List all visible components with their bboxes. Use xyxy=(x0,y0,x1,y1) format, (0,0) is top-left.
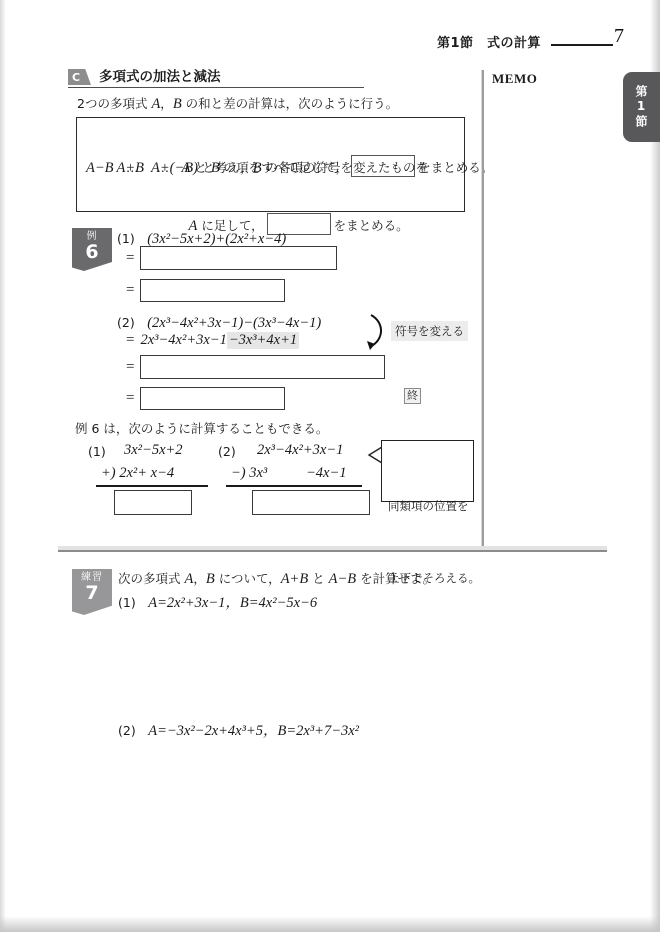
rule-line-diff: A−B … A+(−B) と考え，B の各項の符号を変えたものを xyxy=(86,152,455,181)
rule-line-sum: A+B … A と B の項をすべて足して，をまとめる。 xyxy=(86,123,455,152)
example-step-row: = xyxy=(126,279,285,302)
memo-label: MEMO xyxy=(492,71,537,87)
equals-sign: = xyxy=(126,282,134,299)
example-step-row: = xyxy=(126,246,337,270)
practice-badge-number: 7 xyxy=(72,584,112,602)
subsection-badge-letter: C xyxy=(72,71,80,84)
example-expanded-step: = 2x³−4x²+3x−1 −3x³+4x+1 xyxy=(126,332,299,349)
subsection-title: 多項式の加法と減法 xyxy=(99,65,221,85)
intro-text: 2つの多項式 A，B の和と差の計算は，次のように行う。 xyxy=(77,92,398,115)
practice-instruction: 次の多項式 A，B について，A+B と A−B を計算せよ。 xyxy=(118,567,435,590)
running-head-rule xyxy=(551,44,613,46)
vertical-calc-1-rule xyxy=(96,485,208,487)
sign-change-arrow-icon xyxy=(366,313,388,351)
running-head-title: 第1節 式の計算 xyxy=(437,32,541,51)
vertical-calc-2-top: 2x³−4x²+3x−1 xyxy=(257,442,343,459)
rule-line-diff2: A に足して，をまとめる。 xyxy=(86,181,455,210)
end-of-example-mark: 終 xyxy=(404,388,421,404)
practice-problem-1: (1) A=2x²+3x−1，B=4x²−5x−6 xyxy=(118,591,317,614)
expanded-terms: 2x³−4x²+3x−1 xyxy=(140,332,226,349)
example-expression-2: (2) (2x³−4x²+3x−1)−(3x³−4x−1) xyxy=(117,311,321,334)
equals-sign: = xyxy=(126,359,134,376)
section-divider xyxy=(58,546,607,552)
practice-badge: 練習 7 xyxy=(72,569,112,615)
answer-blank xyxy=(140,355,385,379)
callout-line-1: 同類項の位置を xyxy=(388,494,469,518)
equals-sign: = xyxy=(126,332,134,349)
subsection-badge: C xyxy=(68,69,91,85)
textbook-page: 第1節 式の計算 7 C 多項式の加法と減法 2つの多項式 A，B の和と差の計… xyxy=(0,0,660,932)
page-edge-shadow-left xyxy=(0,0,6,932)
chapter-side-tab: 第1節 xyxy=(623,72,660,142)
sign-change-note: 符号を変える xyxy=(391,321,468,341)
subsection-underline xyxy=(68,87,364,88)
answer-blank xyxy=(252,490,370,515)
rule-box: A+B … A と B の項をすべて足して，をまとめる。 A−B … A+(−B… xyxy=(76,117,465,212)
answer-blank xyxy=(140,246,337,270)
example-step-row: = xyxy=(126,387,285,410)
rule-line-diff2-tail: をまとめる。 xyxy=(334,215,409,234)
chapter-side-tab-label: 第1節 xyxy=(633,85,650,129)
equals-sign: = xyxy=(126,250,134,267)
example-badge: 例 6 xyxy=(72,228,112,271)
page-number: 7 xyxy=(614,25,624,48)
vertical-calc-1-top: 3x²−5x+2 xyxy=(124,442,183,459)
vertical-calc-2-bottom-right: −4x−1 xyxy=(306,465,347,482)
vertical-calc-2-bottom-left: −) 3x³ xyxy=(231,465,267,482)
alternative-method-text: 例 6 は，次のように計算することもできる。 xyxy=(75,417,328,439)
practice-problem-2: (2) A=−3x²−2x+4x³+5，B=2x³+7−3x² xyxy=(118,719,359,742)
answer-blank xyxy=(114,490,192,515)
answer-blank xyxy=(140,279,285,302)
vertical-calc-1-label: (1) xyxy=(88,444,106,459)
page-edge-shadow-bottom xyxy=(0,916,660,932)
answer-blank xyxy=(140,387,285,410)
example-badge-number: 6 xyxy=(72,243,112,261)
example-step-row: = xyxy=(126,355,385,379)
vertical-calc-2-rule xyxy=(226,485,362,487)
vertical-calc-2-label: (2) xyxy=(218,444,236,459)
sign-changed-terms: −3x³+4x+1 xyxy=(227,332,299,349)
callout-note: 同類項の位置を 上下でそろえる。 xyxy=(381,440,474,502)
vertical-calc-1-bottom: +) 2x²+ x−4 xyxy=(101,465,174,482)
memo-divider-line xyxy=(481,70,484,547)
equals-sign: = xyxy=(126,390,134,407)
